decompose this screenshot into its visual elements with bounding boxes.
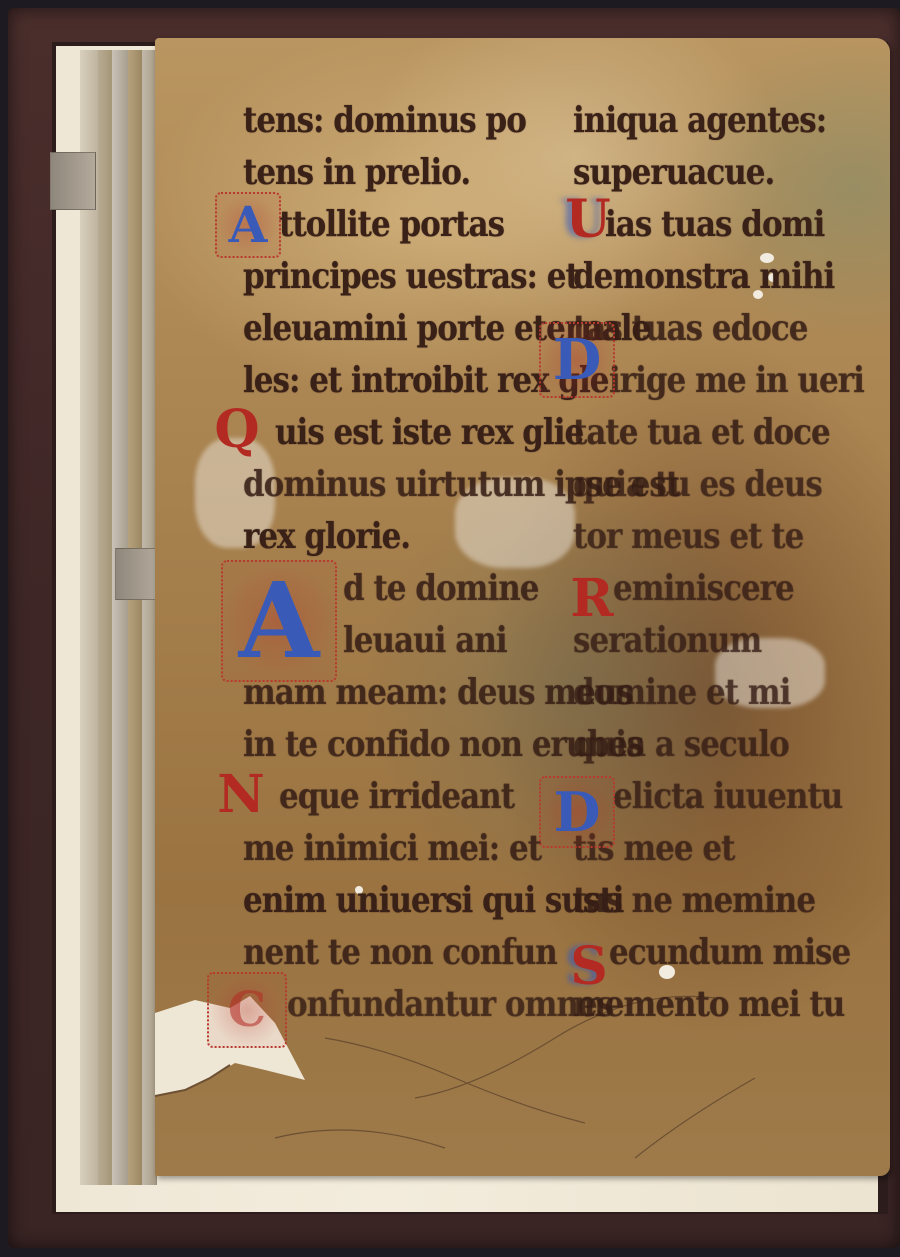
rubricated-initial: R bbox=[567, 568, 617, 630]
text-line: ecundum mise bbox=[609, 932, 850, 983]
text-line: tor meus et te bbox=[573, 516, 803, 567]
leaf-edge bbox=[98, 50, 113, 1185]
leaf-edge bbox=[80, 50, 99, 1185]
manuscript-leaf: tens: dominus po tens in prelio. ttollit… bbox=[155, 38, 890, 1176]
illuminated-initial: C bbox=[207, 972, 287, 1048]
illuminated-initial: A bbox=[215, 192, 281, 258]
rubricated-initial: N bbox=[211, 764, 271, 826]
guard-tab bbox=[115, 548, 159, 600]
rubricated-initial: Q bbox=[213, 400, 261, 460]
text-line: uis est iste rex glie bbox=[275, 412, 583, 463]
illuminated-initial: D bbox=[539, 776, 615, 848]
text-line: nent te non confun bbox=[243, 932, 557, 983]
text-line: domine et mi bbox=[573, 672, 790, 723]
leaf-edge bbox=[112, 50, 129, 1185]
text-line: demonstra mihi bbox=[573, 256, 834, 307]
text-line: ttollite portas bbox=[279, 204, 504, 255]
rubricated-initial: S bbox=[563, 934, 615, 1000]
text-line: leuaui ani bbox=[343, 620, 507, 671]
text-line: principes uestras: et bbox=[243, 256, 579, 307]
text-line: me inimici mei: et bbox=[243, 828, 541, 879]
text-line: tate tua et doce bbox=[573, 412, 830, 463]
text-line: tens: dominus po bbox=[243, 100, 526, 151]
text-line: eque irrideant bbox=[279, 776, 514, 827]
illuminated-initial: A bbox=[221, 560, 337, 682]
text-line: irige me in ueri bbox=[609, 360, 864, 411]
text-line: quia tu es deus bbox=[573, 464, 822, 515]
rubricated-initial: U bbox=[565, 190, 611, 250]
text-line: enim uniuersi qui susti bbox=[243, 880, 623, 931]
text-line: iniqua agentes: bbox=[573, 100, 826, 151]
text-line: quia a seculo bbox=[573, 724, 789, 775]
text-line: ias tuas domi bbox=[605, 204, 824, 255]
guard-tab bbox=[50, 152, 96, 210]
leaf-edge bbox=[128, 50, 143, 1185]
text-line: tas ne memine bbox=[573, 880, 815, 931]
text-line: elicta iuuentu bbox=[613, 776, 842, 827]
illuminated-initial: D bbox=[539, 322, 615, 398]
text-line: d te domine bbox=[343, 568, 539, 619]
text-line: eminiscere bbox=[613, 568, 794, 619]
